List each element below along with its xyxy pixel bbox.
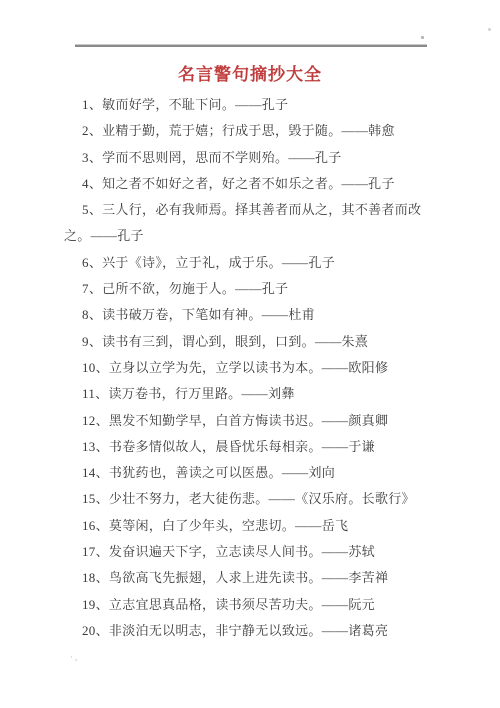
quote-text: 知之者不如好之者，好之者不如乐之者。: [102, 176, 341, 191]
quote-author: 孔子: [368, 176, 395, 191]
author-dash: ——: [262, 307, 289, 322]
author-dash: ——: [241, 386, 268, 401]
author-dash: ——: [322, 544, 349, 559]
quote-item: 2、业精于勤，荒于嬉；行成于思，毁于随。——韩愈: [64, 118, 436, 144]
quote-author: 韩愈: [368, 123, 395, 138]
quote-author: 《汉乐府。长歌行》: [295, 491, 415, 506]
quote-number-suffix: 、: [89, 307, 102, 322]
author-dash: ——: [322, 597, 349, 612]
rule-end-artifact: [421, 36, 424, 39]
author-dash: ——: [269, 491, 296, 506]
quote-list: 1、敏而好学，不耻下问。——孔子2、业精于勤，荒于嬉；行成于思，毁于随。——韩愈…: [64, 92, 436, 644]
quote-author: 于谦: [348, 439, 375, 454]
quote-author: 孔子: [117, 228, 144, 243]
quote-text: 书犹药也，善读之可以医愚。: [109, 465, 282, 480]
document-page: 名言警句摘抄大全 1、敏而好学，不耻下问。——孔子2、业精于勤，荒于嬉；行成于思…: [0, 0, 500, 708]
quote-number-suffix: 、: [96, 597, 109, 612]
quote-item: 7、己所不欲，勿施于人。——孔子: [64, 276, 436, 302]
quote-item: 20、非淡泊无以明志，非宁静无以致远。——诸葛亮: [64, 618, 436, 644]
quote-number-suffix: 、: [96, 570, 109, 585]
quote-text: 非淡泊无以明志，非宁静无以致远。: [109, 623, 322, 638]
quote-text: 业精于勤，荒于嬉；行成于思，毁于随。: [102, 123, 341, 138]
quote-number: 8: [82, 307, 89, 322]
quote-item: 8、读书破万卷，下笔如有神。——杜甫: [64, 302, 436, 328]
quote-number: 11: [82, 386, 95, 401]
quote-item: 11、读万卷书，行万里路。——刘彝: [64, 381, 436, 407]
quote-number: 20: [82, 623, 96, 638]
quote-number-suffix: 、: [89, 202, 102, 217]
quote-item: 16、莫等闲，白了少年头，空悲切。——岳飞: [64, 513, 436, 539]
quote-number: 1: [82, 97, 89, 112]
quote-number-suffix: 、: [89, 97, 102, 112]
quote-item: 6、兴于《诗》，立于礼，成于乐。——孔子: [64, 250, 436, 276]
quote-author: 孔子: [315, 150, 342, 165]
author-dash: ——: [288, 150, 315, 165]
quote-number: 16: [82, 518, 96, 533]
quote-number: 5: [82, 202, 89, 217]
quote-number-suffix: 、: [95, 386, 108, 401]
author-dash: ——: [342, 123, 369, 138]
quote-text: 发奋识遍天下字，立志读尽人间书。: [109, 544, 322, 559]
quote-text: 立身以立学为先，立学以读书为本。: [109, 360, 322, 375]
quote-author: 孔子: [308, 255, 335, 270]
author-dash: ——: [282, 255, 309, 270]
quote-text: 敏而好学，不耻下问。: [102, 97, 235, 112]
quote-item: 13、书卷多情似故人，晨昏忧乐每相亲。——于谦: [64, 434, 436, 460]
quote-text: 少壮不努力，老大徒伤悲。: [109, 491, 269, 506]
quote-author: 孔子: [262, 97, 289, 112]
quote-text: 己所不欲，勿施于人。: [102, 281, 235, 296]
author-dash: ——: [322, 413, 349, 428]
quote-text: 读书有三到，谓心到，眼到，口到。: [102, 334, 315, 349]
quote-number: 12: [82, 413, 96, 428]
author-dash: ——: [295, 518, 322, 533]
quote-number-suffix: 、: [89, 255, 102, 270]
quote-author: 朱熹: [342, 334, 369, 349]
quote-number-suffix: 、: [96, 465, 109, 480]
author-dash: ——: [322, 439, 349, 454]
quote-item: 15、少壮不努力，老大徒伤悲。——《汉乐府。长歌行》: [64, 486, 436, 512]
quote-number: 15: [82, 491, 96, 506]
quote-author: 诸葛亮: [348, 623, 388, 638]
quote-number-suffix: 、: [96, 360, 109, 375]
author-dash: ——: [322, 570, 349, 585]
quote-text: 学而不思则罔，思而不学则殆。: [102, 150, 288, 165]
quote-number-suffix: 、: [96, 544, 109, 559]
quote-number-suffix: 、: [89, 176, 102, 191]
quote-number-suffix: 、: [96, 439, 109, 454]
quote-number-suffix: 、: [89, 123, 102, 138]
quote-text: 兴于《诗》，立于礼，成于乐。: [102, 255, 282, 270]
quote-number-suffix: 、: [96, 491, 109, 506]
quote-number: 6: [82, 255, 89, 270]
quote-author: 杜甫: [288, 307, 315, 322]
author-dash: ——: [282, 465, 309, 480]
quote-number: 18: [82, 570, 96, 585]
quote-number: 9: [82, 334, 89, 349]
quote-item: 9、读书有三到，谓心到，眼到，口到。——朱熹: [64, 329, 436, 355]
corner-artifact: [488, 28, 491, 31]
quote-author: 岳飞: [322, 518, 349, 533]
quote-item: 19、立志宜思真品格，读书须尽苦功夫。——阮元: [64, 592, 436, 618]
quote-number: 13: [82, 439, 96, 454]
quote-item: 10、立身以立学为先，立学以读书为本。——欧阳修: [64, 355, 436, 381]
quote-author: 孔子: [262, 281, 289, 296]
author-dash: ——: [322, 623, 349, 638]
quote-number-suffix: 、: [96, 413, 109, 428]
quote-author: 刘彝: [268, 386, 295, 401]
author-dash: ——: [235, 281, 262, 296]
author-dash: ——: [322, 360, 349, 375]
author-dash: ——: [315, 334, 342, 349]
quote-author: 阮元: [348, 597, 375, 612]
quote-author: 欧阳修: [348, 360, 388, 375]
quote-number: 7: [82, 281, 89, 296]
quote-number: 4: [82, 176, 89, 191]
quote-text: 立志宜思真品格，读书须尽苦功夫。: [109, 597, 322, 612]
author-dash: ——: [235, 97, 262, 112]
quote-item: 17、发奋识遍天下字，立志读尽人间书。——苏轼: [64, 539, 436, 565]
quote-number: 10: [82, 360, 96, 375]
quote-author: 苏轼: [348, 544, 375, 559]
quote-number: 2: [82, 123, 89, 138]
quote-item: 3、学而不思则罔，思而不学则殆。——孔子: [64, 145, 436, 171]
page-title: 名言警句摘抄大全: [0, 60, 500, 85]
quote-text: 读书破万卷，下笔如有神。: [102, 307, 262, 322]
quote-number-suffix: 、: [89, 334, 102, 349]
quote-item: 12、黑发不知勤学早，白首方悔读书迟。——颜真卿: [64, 408, 436, 434]
author-dash: ——: [91, 228, 118, 243]
quote-author: 刘向: [308, 465, 335, 480]
quote-number: 14: [82, 465, 96, 480]
quote-item: 5、三人行，必有我师焉。择其善者而从之，其不善者而改之。——孔子: [64, 197, 436, 250]
quote-number-suffix: 、: [89, 150, 102, 165]
header-rule: [75, 44, 427, 47]
quote-number-suffix: 、: [89, 281, 102, 296]
author-dash: ——: [342, 176, 369, 191]
quote-text: 鸟欲高飞先振翅，人求上进先读书。: [109, 570, 322, 585]
quote-number-suffix: 、: [96, 623, 109, 638]
quote-author: 颜真卿: [348, 413, 388, 428]
footer-artifact: ·,: [70, 652, 79, 662]
quote-number: 19: [82, 597, 96, 612]
quote-number: 17: [82, 544, 96, 559]
quote-text: 黑发不知勤学早，白首方悔读书迟。: [109, 413, 322, 428]
quote-number-suffix: 、: [96, 518, 109, 533]
quote-item: 18、鸟欲高飞先振翅，人求上进先读书。——李苦禅: [64, 565, 436, 591]
quote-text: 莫等闲，白了少年头，空悲切。: [109, 518, 295, 533]
quote-author: 李苦禅: [348, 570, 388, 585]
quote-item: 1、敏而好学，不耻下问。——孔子: [64, 92, 436, 118]
quote-text: 书卷多情似故人，晨昏忧乐每相亲。: [109, 439, 322, 454]
quote-item: 4、知之者不如好之者，好之者不如乐之者。——孔子: [64, 171, 436, 197]
quote-text: 读万卷书，行万里路。: [108, 386, 241, 401]
quote-item: 14、书犹药也，善读之可以医愚。——刘向: [64, 460, 436, 486]
quote-number: 3: [82, 150, 89, 165]
